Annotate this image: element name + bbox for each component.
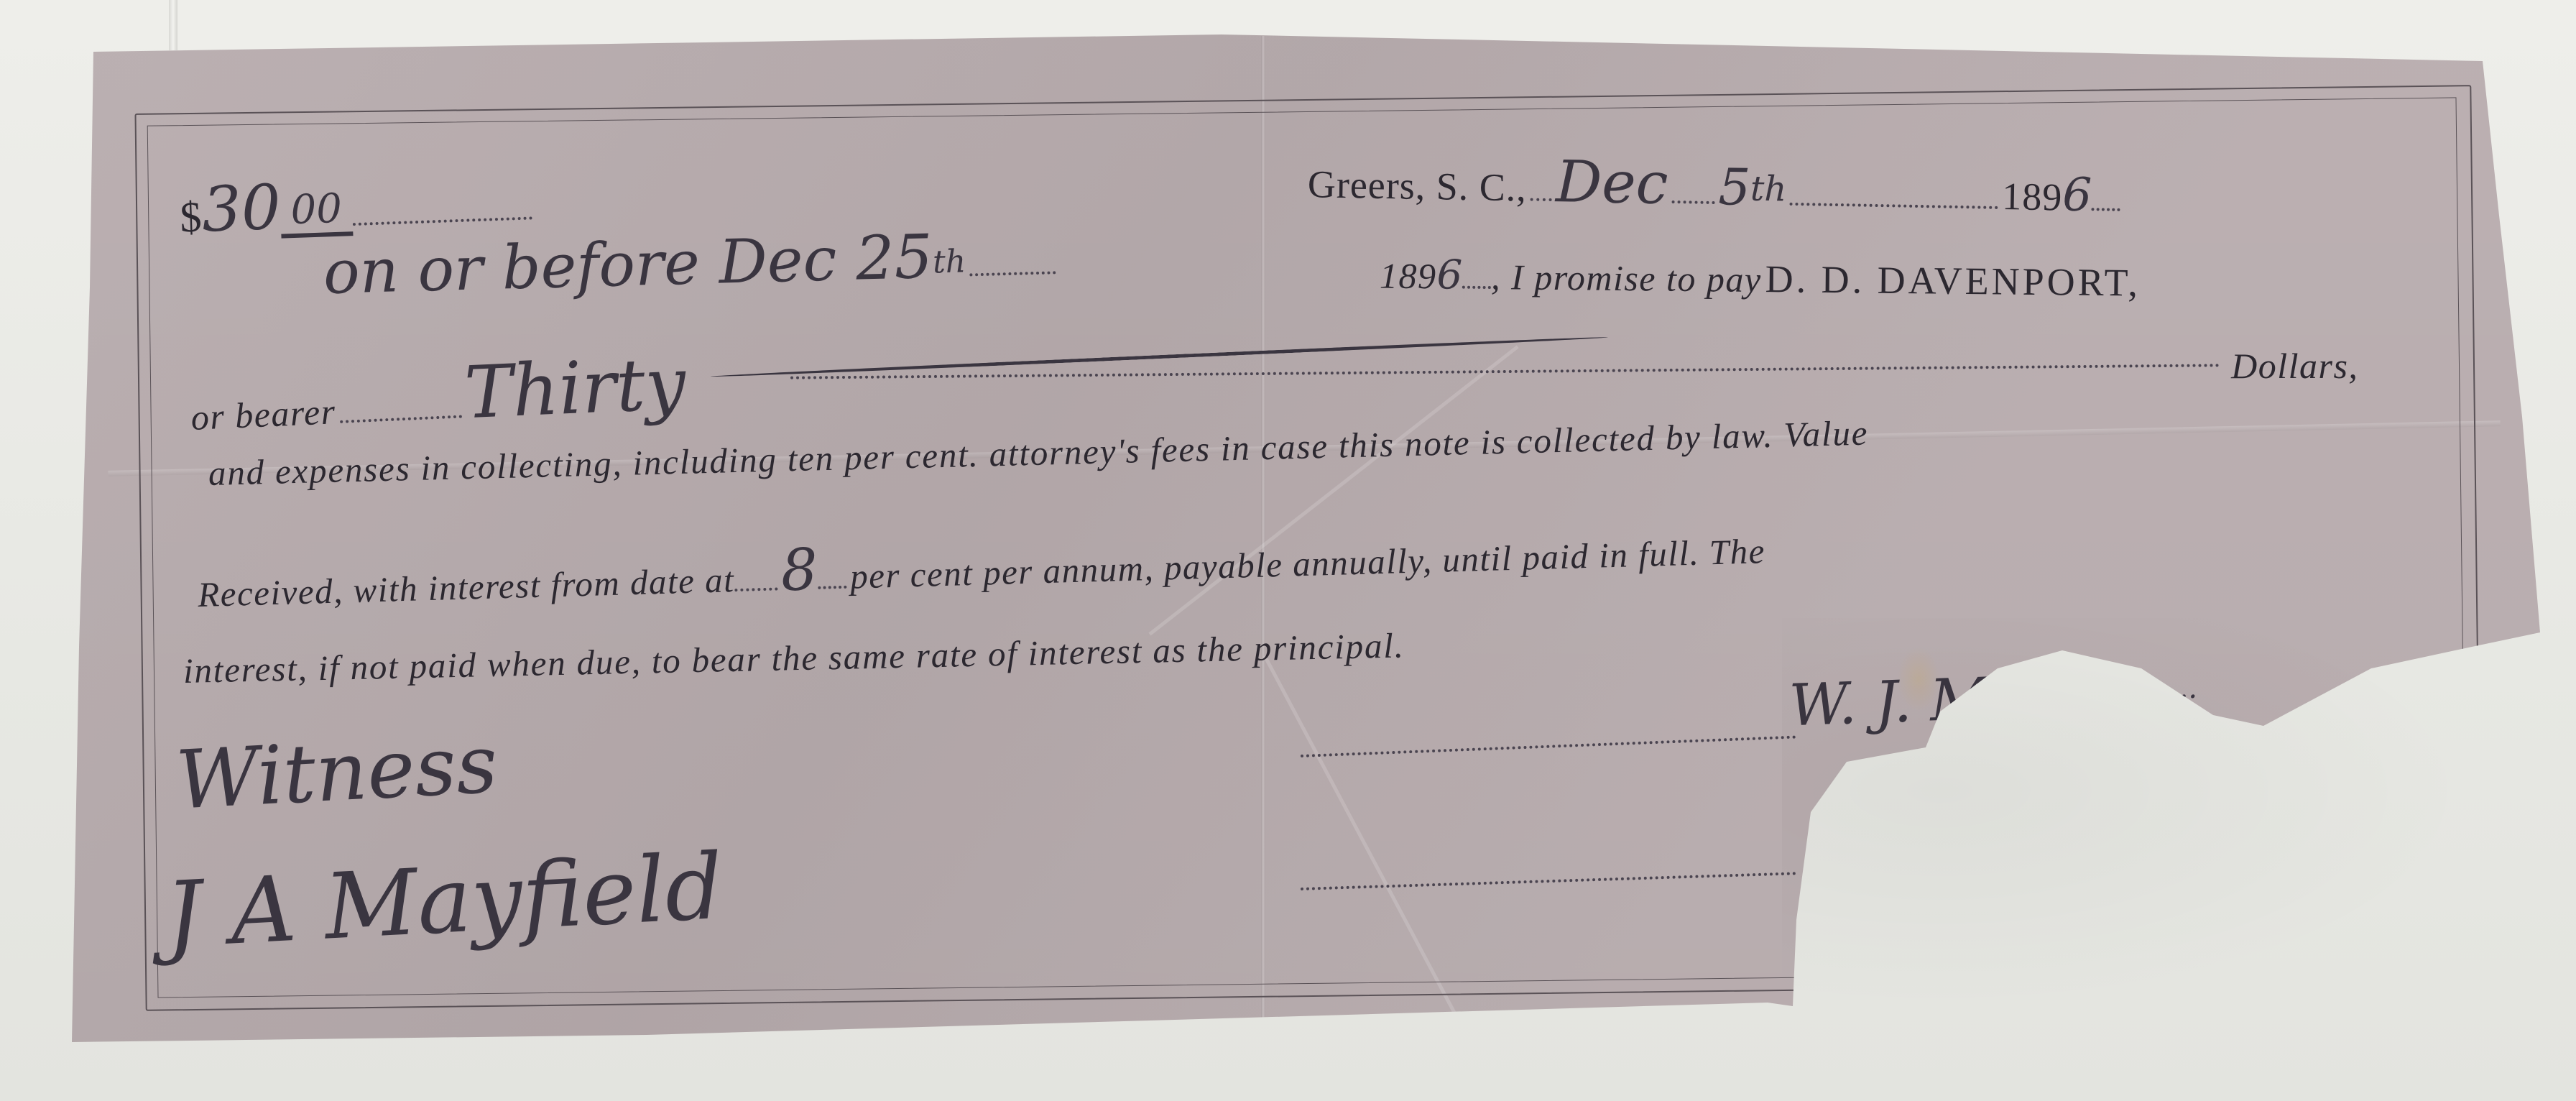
dotted-fill	[818, 585, 846, 589]
display-stand-post	[169, 0, 177, 50]
dotted-fill	[340, 415, 462, 423]
amount-dotted-line	[353, 216, 532, 226]
date-day: 5	[1718, 157, 1751, 217]
dotted-fill	[2092, 207, 2120, 211]
date-month: Dec	[1555, 148, 1668, 217]
witness-label: Witness	[174, 717, 500, 827]
line-promise: 1896, I promise to pay D. D. DAVENPORT,	[1380, 251, 2141, 305]
amount-words-handwritten: Thirty	[463, 341, 687, 435]
interest-prefix: Received, with interest from date at	[198, 560, 735, 614]
dotted-fill	[1531, 198, 1552, 202]
date-day-suffix: th	[1750, 169, 1787, 210]
water-stain	[1897, 647, 1940, 711]
header-year-printed: 189	[2002, 175, 2063, 218]
header-year-digit: 6	[2062, 168, 2092, 222]
dotted-fill	[1671, 200, 1714, 204]
dollars-label: Dollars,	[2231, 346, 2358, 386]
amount-dollars: 30	[200, 172, 282, 247]
amount-cents: 00	[280, 185, 354, 238]
dotted-fill	[1790, 202, 1998, 209]
dotted-fill	[970, 270, 1056, 276]
interest-rate-handwritten: 8	[780, 536, 818, 604]
dollars-label-wrap: Dollars,	[2228, 345, 2358, 387]
dotted-fill	[1462, 285, 1491, 289]
promise-text: , I promise to pay	[1491, 257, 1762, 300]
place-printed: Greers, S. C.,	[1307, 162, 1527, 209]
dollar-sign: $	[179, 193, 203, 241]
due-year-digit: 6	[1436, 252, 1462, 298]
payee-name: D. D. DAVENPORT,	[1765, 257, 2141, 304]
dotted-fill	[734, 586, 777, 591]
or-bearer-label: or bearer	[190, 391, 337, 438]
due-year-printed: 189	[1380, 255, 1437, 296]
due-date-suffix: th	[932, 243, 966, 280]
header-place-date: Greers, S. C., Dec 5th 1896	[1307, 144, 2121, 225]
